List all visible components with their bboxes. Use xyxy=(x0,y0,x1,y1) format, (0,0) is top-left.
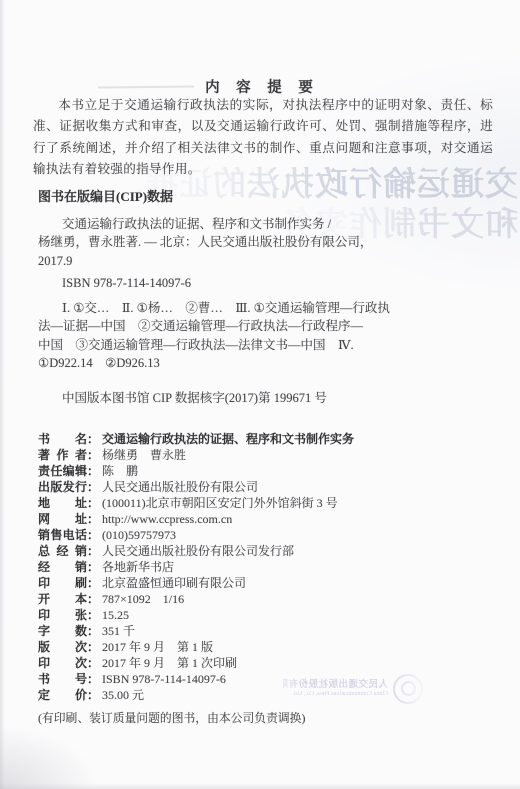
colophon-value: 15.25 xyxy=(102,608,129,622)
colophon-value: 人民交通出版社股份有限公司 xyxy=(102,480,258,494)
colophon-colon: ： xyxy=(87,432,99,446)
colophon-row-editor: 责任编辑：陈 鹏 xyxy=(38,463,354,479)
cip-record-line: 杨继勇，曹永胜著. — 北京：人民交通出版社股份有限公司， xyxy=(38,233,390,252)
colophon-value: 35.00 元 xyxy=(102,688,144,702)
colophon-value: 交通运输行政执法的证据、程序和文书制作实务 xyxy=(102,432,354,446)
colophon-row-printer: 印 刷：北京盈盛恒通印刷有限公司 xyxy=(38,575,354,591)
colophon-colon: ： xyxy=(87,464,99,478)
colophon-row-authors: 著 作 者：杨继勇 曹永胜 xyxy=(38,447,354,463)
cip-block: 图书在版编目(CIP)数据 交通运输行政执法的证据、程序和文书制作实务 / 杨继… xyxy=(38,188,390,407)
colophon-value: 陈 鹏 xyxy=(102,464,138,478)
cip-header: 图书在版编目(CIP)数据 xyxy=(38,188,390,207)
colophon-row-general-distributor: 总 经 销：人民交通出版社股份有限公司发行部 xyxy=(38,543,354,559)
colophon-colon: ： xyxy=(87,560,99,574)
cip-record-number: 中国版本图书馆 CIP 数据核字(2017)第 199671 号 xyxy=(38,389,390,408)
colophon-value: (100011)北京市朝阳区安定门外外馆斜街 3 号 xyxy=(102,496,338,510)
colophon-colon: ： xyxy=(87,624,99,638)
colophon-row-sales-phone: 销售电话：(010)59757973 xyxy=(38,527,354,543)
summary-heading: 内 容 提 要 xyxy=(0,76,520,97)
colophon-value: (010)59757973 xyxy=(102,528,176,542)
colophon-label: 责任编辑 xyxy=(38,463,87,479)
cip-classification-line: ①D922.14 ②D926.13 xyxy=(38,354,390,373)
colophon-label: 书 号 xyxy=(38,671,87,687)
colophon-value: 787×1092 1/16 xyxy=(102,592,184,606)
colophon-label: 经 销 xyxy=(38,559,87,575)
summary-paragraph: 本书立足于交通运输行政执法的实际，对执法程序中的证明对象、责任、标准、证据收集方… xyxy=(33,95,493,180)
bleedthrough-publisher: 人民交通出版社股份有限公司 China Communications Press… xyxy=(283,666,423,712)
colophon-row-distributor: 经 销：各地新华书店 xyxy=(38,559,354,575)
colophon-colon: ： xyxy=(87,640,99,654)
copyright-page: 交通运输行政执法的证据、程序 和文书制作实务 内 容 提 要 本书立足于交通运输… xyxy=(0,0,520,789)
colophon-label: 印 次 xyxy=(38,655,87,671)
colophon-row-publisher: 出版发行：人民交通出版社股份有限公司 xyxy=(38,479,354,495)
colophon-label: 印 张 xyxy=(38,607,87,623)
colophon-colon: ： xyxy=(87,672,99,686)
colophon-value: 2017 年 9 月 第 1 次印刷 xyxy=(102,656,237,670)
colophon-colon: ： xyxy=(87,528,99,542)
colophon-row-word-count: 字 数：351 千 xyxy=(38,623,354,639)
colophon-value: 人民交通出版社股份有限公司发行部 xyxy=(102,544,294,558)
colophon-label: 版 次 xyxy=(38,639,87,655)
quality-note: (有印刷、装订质量问题的图书，由本公司负责调换) xyxy=(38,710,354,726)
publisher-logo-icon xyxy=(393,674,423,704)
colophon-value: http://www.ccpress.com.cn xyxy=(102,512,232,526)
colophon-label: 销售电话 xyxy=(38,527,87,543)
colophon-label: 字 数 xyxy=(38,623,87,639)
colophon-row-website: 网 址：http://www.ccpress.com.cn xyxy=(38,511,354,527)
colophon-value: 351 千 xyxy=(102,624,135,638)
colophon-label: 印 刷 xyxy=(38,575,87,591)
colophon-colon: ： xyxy=(87,512,99,526)
cip-isbn-line: ISBN 978-7-114-14097-6 xyxy=(38,274,390,293)
colophon-row-book-title: 书 名：交通运输行政执法的证据、程序和文书制作实务 xyxy=(38,431,354,447)
cip-classification-line: 法—证据—中国 ②交通运输管理—行政执法—行政程序— xyxy=(38,317,390,336)
cip-classification-line: 中国 ③交通运输管理—行政执法—法律文书—中国 Ⅳ. xyxy=(38,336,390,355)
colophon-row-format: 开 本：787×1092 1/16 xyxy=(38,591,354,607)
colophon-colon: ： xyxy=(87,544,99,558)
colophon-row-sheets: 印 张：15.25 xyxy=(38,607,354,623)
colophon-value: 北京盈盛恒通印刷有限公司 xyxy=(102,576,246,590)
colophon-colon: ： xyxy=(87,480,99,494)
colophon-label: 地 址 xyxy=(38,495,87,511)
cip-record-line: 2017.9 xyxy=(38,252,390,271)
colophon-value: 杨继勇 曹永胜 xyxy=(102,448,186,462)
colophon-colon: ： xyxy=(87,592,99,606)
colophon-row-edition: 版 次：2017 年 9 月 第 1 版 xyxy=(38,639,354,655)
colophon-label: 总 经 销 xyxy=(38,543,87,559)
colophon-value: ISBN 978-7-114-14097-6 xyxy=(102,672,226,686)
colophon-colon: ： xyxy=(87,576,99,590)
colophon-label: 书 名 xyxy=(38,431,87,447)
cip-record-line: 交通运输行政执法的证据、程序和文书制作实务 / xyxy=(38,215,390,234)
colophon-label: 网 址 xyxy=(38,511,87,527)
colophon-colon: ： xyxy=(87,448,99,462)
cip-classification-line: Ⅰ. ①交… Ⅱ. ①杨… ②曹… Ⅲ. ①交通运输管理—行政执 xyxy=(38,299,390,318)
colophon-row-address: 地 址：(100011)北京市朝阳区安定门外外馆斜街 3 号 xyxy=(38,495,354,511)
colophon-colon: ： xyxy=(87,656,99,670)
colophon-colon: ： xyxy=(87,496,99,510)
colophon-label: 开 本 xyxy=(38,591,87,607)
colophon-value: 2017 年 9 月 第 1 版 xyxy=(102,640,213,654)
colophon-label: 著 作 者 xyxy=(38,447,87,463)
colophon-colon: ： xyxy=(87,688,99,702)
colophon-label: 定 价 xyxy=(38,687,87,703)
colophon-label: 出版发行 xyxy=(38,479,87,495)
colophon-value: 各地新华书店 xyxy=(102,560,174,574)
colophon-colon: ： xyxy=(87,608,99,622)
